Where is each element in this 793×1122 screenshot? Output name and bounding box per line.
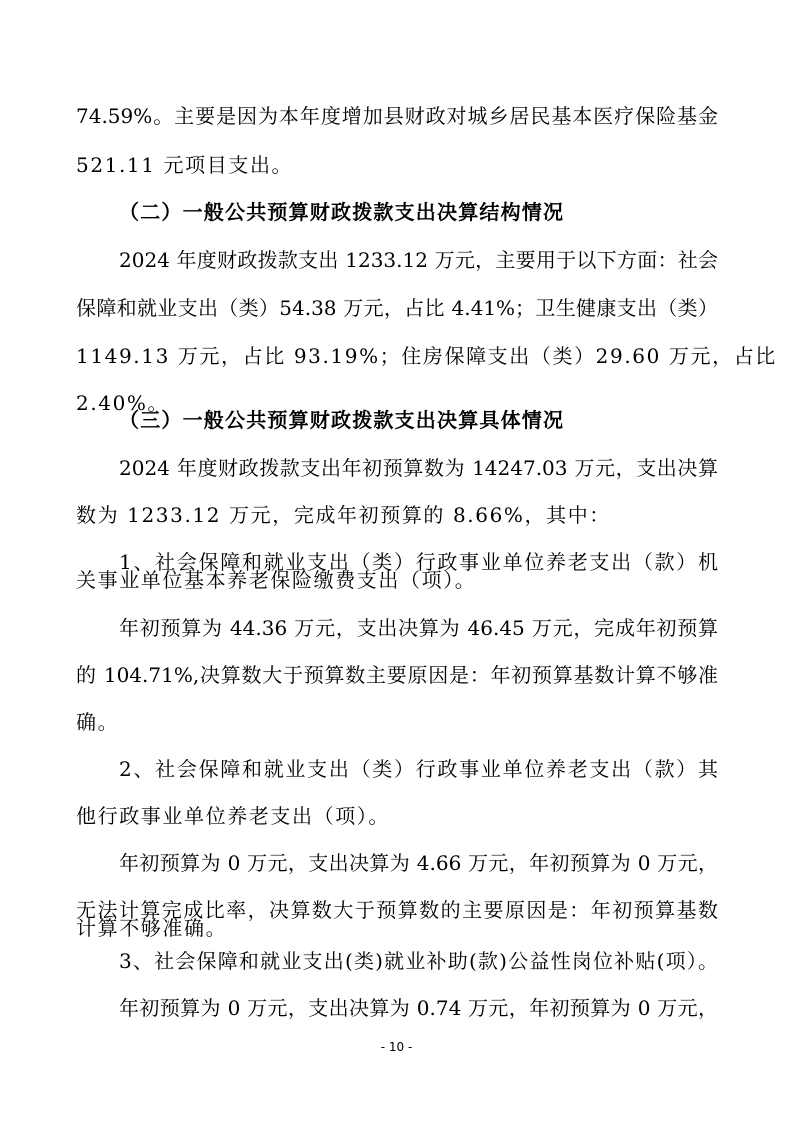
paragraph-line: 确。 [76,705,718,739]
paragraph-line: 的 104.71%,决算数大于预算数主要原因是：年初预算基数计算不够准 [76,658,718,692]
paragraph-line: 年初预算为 0 万元，支出决算为 0.74 万元，年初预算为 0 万元， [119,991,718,1025]
paragraph-line: 521.11 元项目支出。 [76,148,718,182]
paragraph-line: 2024 年度财政拨款支出年初预算数为 14247.03 万元，支出决算 [119,451,718,485]
list-item-1-title-cont: 关事业单位基本养老保险缴费支出（项）。 [76,563,718,597]
list-item-2-title: 2、社会保障和就业支出（类）行政事业单位养老支出（款）其 [119,752,718,786]
section-heading-details: （三）一般公共预算财政拨款支出决算具体情况 [119,403,564,437]
paragraph-line: 数为 1233.12 万元，完成年初预算的 8.66%，其中： [76,498,718,532]
document-page: 74.59%。主要是因为本年度增加县财政对城乡居民基本医疗保险基金 521.11… [0,0,793,1122]
paragraph-line: 年初预算为 44.36 万元，支出决算为 46.45 万元，完成年初预算 [119,611,718,645]
list-item-2-title-cont: 他行政事业单位养老支出（项）。 [76,799,718,833]
paragraph-line: 保障和就业支出（类）54.38 万元，占比 4.41%；卫生健康支出（类） [76,291,718,325]
paragraph-line: 74.59%。主要是因为本年度增加县财政对城乡居民基本医疗保险基金 [76,99,718,133]
section-heading-structure: （二）一般公共预算财政拨款支出决算结构情况 [119,195,564,229]
paragraph-line: 计算不够准确。 [76,911,718,945]
page-number: - 10 - [0,1040,793,1054]
list-item-3-title: 3、社会保障和就业支出(类)就业补助(款)公益性岗位补贴(项）。 [119,944,718,978]
paragraph-line: 2024 年度财政拨款支出 1233.12 万元，主要用于以下方面：社会 [119,243,718,277]
paragraph-line: 1149.13 万元，占比 93.19%；住房保障支出（类）29.60 万元，占… [76,339,718,373]
paragraph-line: 年初预算为 0 万元，支出决算为 4.66 万元，年初预算为 0 万元， [119,846,718,880]
